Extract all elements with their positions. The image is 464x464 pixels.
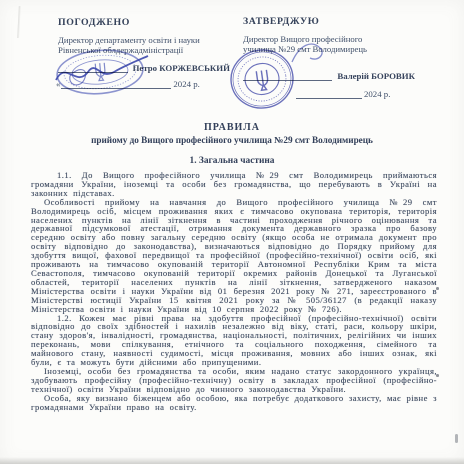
approval-right-signature-line: Валерій БОРОВИК <box>243 71 415 81</box>
approval-left-role-line2: Рівненської облдержадміністрації <box>58 45 183 55</box>
scan-artifact-speck <box>455 434 458 443</box>
section-heading: 1. Загальна частина <box>0 156 464 166</box>
document-page: ПОГОДЖЕНО Директор департаменту освіти і… <box>0 0 464 464</box>
document-subtitle: прийому до Вищого професійного училища №… <box>0 135 464 145</box>
approval-left-signer-name: Петро КОРЖЕВСЬКИЙ <box>128 63 230 73</box>
document-title: ПРАВИЛА <box>0 122 464 133</box>
approval-right-role-line1: Директор Вищого професійного <box>243 34 362 44</box>
approval-right-year: 2024 р. <box>362 89 390 99</box>
signature-blank-line <box>58 64 128 73</box>
approval-left-status: ПОГОДЖЕНО <box>58 17 130 28</box>
scan-artifact-line <box>17 6 20 38</box>
paragraph-1-2: 1.2. Кожен має рівні права на здобуття п… <box>31 314 437 367</box>
approval-left-signature-line: Петро КОРЖЕВСЬКИЙ <box>58 63 230 73</box>
scan-artifact-speck <box>436 374 439 377</box>
scan-edge-shadow <box>0 457 464 464</box>
paragraph-foreigners: Іноземці, особи без громадянства та особ… <box>31 367 437 394</box>
approval-left-date-line: « 2024 р. <box>56 79 200 89</box>
paragraph-features: Особливості прийому на навчання до Вищог… <box>31 198 437 314</box>
approval-right-date-line: 2024 р. <box>296 89 390 99</box>
approval-right-status: ЗАТВЕРДЖУЮ <box>243 16 319 27</box>
document-body: 1.1. До Вищого професійного училища №29 … <box>31 171 437 411</box>
paragraph-refugees: Особа, яку визнано біженцем або особою, … <box>31 394 437 412</box>
approval-left-role-line1: Директор департаменту освіти і науки <box>58 35 200 45</box>
paragraph-1-1: 1.1. До Вищого професійного училища №29 … <box>31 171 437 198</box>
date-blank-line <box>296 90 362 99</box>
approval-left-year: 2024 р. <box>171 79 199 89</box>
approval-right-role-line2: училища №29 смт Володимирець <box>243 44 367 54</box>
signature-blank-line <box>243 72 332 81</box>
date-blank-line <box>61 80 171 89</box>
approval-right-signer-name: Валерій БОРОВИК <box>332 71 415 81</box>
scan-artifact-speck <box>436 287 439 290</box>
